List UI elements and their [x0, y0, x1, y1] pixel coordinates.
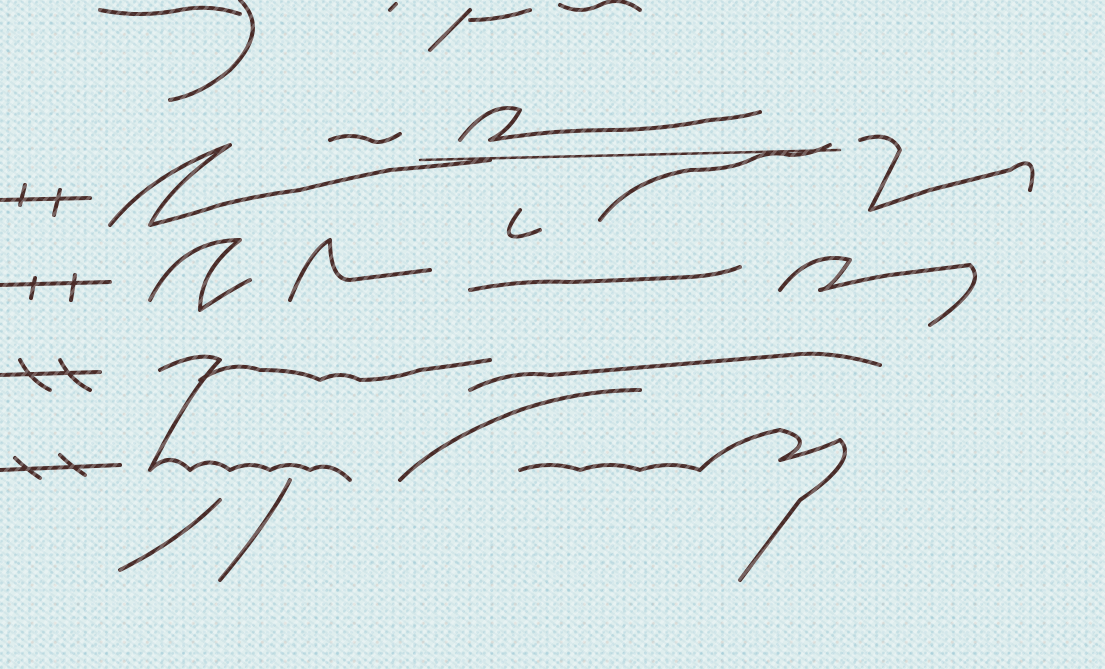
line-top-fragment [100, 0, 640, 100]
margin-mark-entry-4 [0, 455, 120, 478]
handwriting-strokes [0, 0, 1105, 669]
manuscript-paper: handwritten manuscript register page [0, 0, 1105, 669]
heading-underline [420, 150, 840, 160]
margin-mark-entry-1 [0, 185, 90, 215]
line-heading [330, 108, 760, 142]
line-entry-2 [150, 240, 975, 325]
margin-mark-entry-3 [0, 360, 100, 390]
line-entry-3 [150, 354, 880, 470]
margin-mark-entry-2 [0, 275, 110, 300]
line-entry-1 [110, 137, 1033, 237]
line-entry-4 [120, 390, 845, 580]
